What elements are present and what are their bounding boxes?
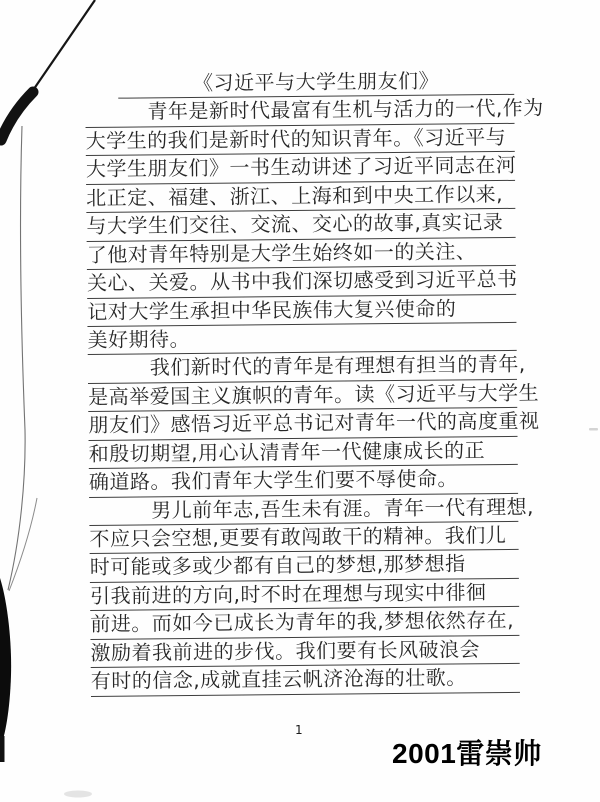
handwritten-line: 青年是新时代最富有生机与活力的一代,作为 — [85, 95, 514, 128]
scan-shadow-wedge — [0, 578, 11, 748]
essay-body: 《习近平与大学生朋友们》青年是新时代最富有生机与活力的一代,作为大学生的我们是新… — [85, 67, 520, 697]
handwritten-line: 引我前进的方向,时不时在理想与现实中徘徊 — [90, 579, 519, 612]
handwritten-line: 我们新时代的青年是有理想有担当的青年, — [88, 351, 517, 384]
handwritten-line: 北正定、福建、浙江、上海和到中央工作以来, — [86, 181, 515, 214]
handwritten-line: 不应只会空想,更要有敢闯敢干的精神。我们儿 — [89, 522, 518, 555]
handwritten-line: 和殷切期望,用心认清青年一代健康成长的正 — [89, 437, 518, 470]
handwritten-line: 大学生朋友们》一书生动讲述了习近平同志在河 — [86, 152, 515, 185]
handwritten-line: 有时的信念,成就直挂云帆济沧海的壮歌。 — [91, 664, 520, 697]
handwritten-line: 是高举爱国主义旗帜的青年。读《习近平与大学生 — [88, 380, 517, 413]
scan-dark-curl — [1, 92, 33, 140]
grader-stamp: 2001雷崇帅 — [392, 732, 542, 772]
handwritten-line: 关心、关爱。从书中我们深切感受到习近平总书 — [87, 266, 516, 299]
handwritten-line: 确道路。我们青年大学生们要不辱使命。 — [89, 465, 518, 498]
handwritten-line: 大学生的我们是新时代的知识青年。《习近平与 — [86, 124, 515, 157]
scan-smudge — [64, 791, 92, 798]
handwritten-line: 美好期待。 — [87, 323, 516, 356]
handwritten-line: 前进。而如今已成长为青年的我,梦想依然存在, — [90, 607, 519, 640]
handwritten-line: 记对大学生承担中华民族伟大复兴使命的 — [87, 294, 516, 327]
page-number: 1 — [295, 723, 303, 737]
scan-smudge-right — [589, 428, 598, 431]
handwritten-line: 激励着我前进的步伐。我们要有长风破浪会 — [90, 636, 519, 669]
handwritten-line: 朋友们》感悟习近平总书记对青年一代的高度重视 — [88, 408, 517, 441]
handwritten-line: 男儿前年志,吾生未有涯。青年一代有理想, — [89, 493, 518, 526]
scan-page-edge-line-2 — [9, 498, 37, 591]
essay-title-line: 《习近平与大学生朋友们》 — [118, 67, 514, 99]
handwritten-line: 时可能或多或少都有自己的梦想,那梦想指 — [90, 550, 519, 583]
handwritten-line: 了他对青年特别是大学生始终如一的关注、 — [87, 237, 516, 270]
handwritten-line: 与大学生们交往、交流、交心的故事,真实记录 — [86, 209, 515, 242]
scan-page-edge-line — [8, 126, 25, 590]
scanned-page: 《习近平与大学生朋友们》青年是新时代最富有生机与活力的一代,作为大学生的我们是新… — [0, 0, 600, 802]
scan-shadow-bar — [0, 736, 5, 762]
